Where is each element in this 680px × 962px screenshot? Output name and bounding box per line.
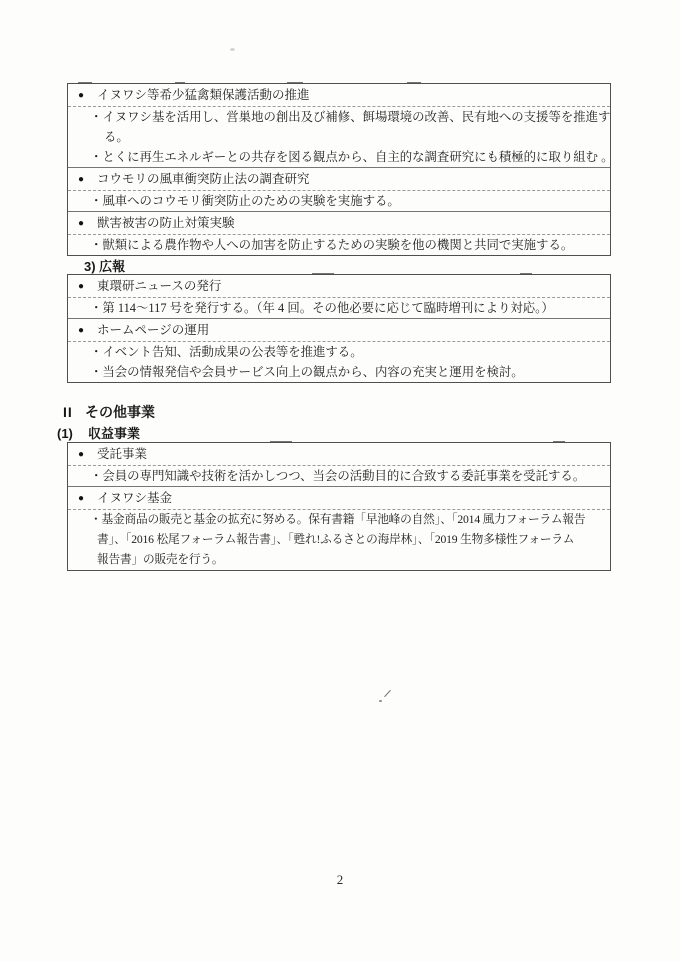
content-line: ・基金商品の販売と基金の拡充に努める。保有書籍「早池峰の自然」、「2014 風力… bbox=[90, 510, 604, 530]
row-header-text: 東環研ニュースの発行 bbox=[97, 279, 221, 293]
content-line: ・イヌワシ基を活用し、営巣地の創出及び補修、餌場環境の改善、民有地への支援等を推… bbox=[90, 107, 604, 127]
table-row-content-newsletter: ・第 114～117 号を発行する。（年 4 回。その他必要に応じて臨時増刊によ… bbox=[68, 298, 610, 319]
table-row-content-raptor-protection: ・イヌワシ基を活用し、営巣地の創出及び補修、餌場環境の改善、民有地への支援等を推… bbox=[68, 107, 610, 168]
table-row-header-bat-collision-research: ●コウモリの風車衝突防止法の調査研究 bbox=[68, 168, 610, 191]
table-row-content-contract-business: ・会員の専門知識や技術を活かしつつ、当会の活動目的に合致する委託事業を受託する。 bbox=[68, 466, 610, 487]
table-row-header-newsletter: ●東環研ニュースの発行 bbox=[68, 275, 610, 298]
section-number: II bbox=[63, 404, 85, 420]
table-row-header-golden-eagle-fund: ●イヌワシ基金 bbox=[68, 487, 610, 510]
row-header-text: ホームページの運用 bbox=[97, 323, 209, 337]
bullet-icon: ● bbox=[78, 213, 97, 235]
bullet-icon: ● bbox=[78, 169, 97, 191]
table-profit-business: ●受託事業 ・会員の専門知識や技術を活かしつつ、当会の活動目的に合致する委託事業… bbox=[67, 442, 611, 571]
heading-section-other-business: IIその他事業 bbox=[63, 402, 155, 422]
content-line: ・とくに再生エネルギーとの共存を図る観点から、自主的な調査研究にも積極的に取り組… bbox=[90, 147, 604, 167]
subsection-number: (1) bbox=[57, 426, 88, 441]
bullet-icon: ● bbox=[78, 85, 97, 107]
content-line: 報告書」の販売を行う。 bbox=[90, 550, 604, 570]
bullet-icon: ● bbox=[78, 444, 97, 466]
scanned-document-page: ●イヌワシ等希少猛禽類保護活動の推進 ・イヌワシ基を活用し、営巣地の創出及び補修… bbox=[0, 0, 680, 962]
table-row-header-wildlife-damage-prevention: ●獣害被害の防止対策実験 bbox=[68, 212, 610, 235]
bullet-icon: ● bbox=[78, 488, 97, 510]
table-row-header-contract-business: ●受託事業 bbox=[68, 443, 610, 466]
table-row-content-wildlife-damage-prevention: ・獣類による農作物や人への加害を防止するための実験を他の機関と共同で実施する。 bbox=[68, 235, 610, 255]
bullet-icon: ● bbox=[78, 276, 97, 298]
table-conservation-activities: ●イヌワシ等希少猛禽類保護活動の推進 ・イヌワシ基を活用し、営巣地の創出及び補修… bbox=[67, 83, 611, 256]
bullet-icon: ● bbox=[78, 320, 97, 342]
heading-subsection-profit-business: (1)収益事業 bbox=[57, 423, 140, 442]
content-line: ・風車へのコウモリ衝突防止のための実験を実施する。 bbox=[90, 191, 604, 211]
content-line: ・第 114～117 号を発行する。（年 4 回。その他必要に応じて臨時増刊によ… bbox=[90, 298, 604, 318]
subsection-title: 収益事業 bbox=[88, 426, 140, 441]
content-line: ・当会の情報発信や会員サービス向上の観点から、内容の充実と運用を検討。 bbox=[90, 362, 604, 382]
content-line: 書」、「2016 松尾フォーラム報告書」、「甦れ!ふるさとの海岸林」、「2019… bbox=[90, 530, 604, 550]
table-row-header-website: ●ホームページの運用 bbox=[68, 319, 610, 342]
table-row-content-website: ・イベント告知、活動成果の公表等を推進する。 ・当会の情報発信や会員サービス向上… bbox=[68, 342, 610, 382]
row-header-text: イヌワシ基金 bbox=[97, 491, 172, 505]
row-header-text: コウモリの風車衝突防止法の調査研究 bbox=[97, 172, 310, 186]
page-number: 2 bbox=[0, 872, 680, 888]
table-row-header-raptor-protection: ●イヌワシ等希少猛禽類保護活動の推進 bbox=[68, 84, 610, 107]
content-line: る。 bbox=[90, 127, 604, 147]
table-public-relations: ●東環研ニュースの発行 ・第 114～117 号を発行する。（年 4 回。その他… bbox=[67, 274, 611, 383]
table-row-content-bat-collision-research: ・風車へのコウモリ衝突防止のための実験を実施する。 bbox=[68, 191, 610, 212]
scan-artifact bbox=[379, 691, 393, 705]
content-line: ・会員の専門知識や技術を活かしつつ、当会の活動目的に合致する委託事業を受託する。 bbox=[90, 466, 604, 486]
table-row-content-golden-eagle-fund: ・基金商品の販売と基金の拡充に努める。保有書籍「早池峰の自然」、「2014 風力… bbox=[68, 510, 610, 570]
row-header-text: イヌワシ等希少猛禽類保護活動の推進 bbox=[97, 88, 310, 102]
content-line: ・獣類による農作物や人への加害を防止するための実験を他の機関と共同で実施する。 bbox=[90, 235, 604, 255]
scan-artifact bbox=[230, 48, 235, 51]
row-header-text: 受託事業 bbox=[97, 447, 147, 461]
content-line: ・イベント告知、活動成果の公表等を推進する。 bbox=[90, 342, 604, 362]
heading-public-relations: 3) 広報 bbox=[84, 256, 125, 275]
row-header-text: 獣害被害の防止対策実験 bbox=[97, 216, 235, 230]
section-title: その他事業 bbox=[85, 404, 155, 420]
